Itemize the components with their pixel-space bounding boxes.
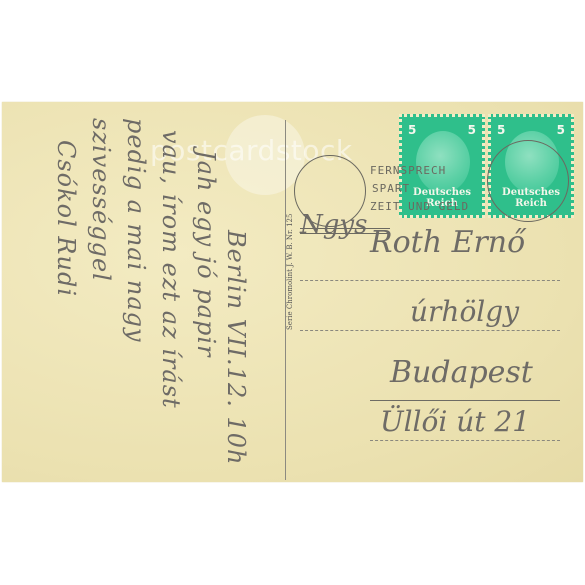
address-line [300,330,560,331]
message-line-1: Jah egy jó papir [192,150,220,357]
address-underline [370,400,560,401]
address-street: Üllői út 21 [380,405,530,438]
message-line-2: vau, írom ezt az írást [157,130,185,409]
portrait-icon [416,131,470,193]
message-line-4: szivességgel [87,118,115,282]
postmark-slogan-2: SPART [372,182,410,195]
postmark-circle [487,140,569,222]
stamp-value: 5 [557,123,565,137]
stamp-value: 5 [497,123,505,137]
postmark-slogan-3: ZEIT UND GELD [370,200,469,213]
postmark-slogan-1: FERNSPRECH [370,164,446,177]
stamp-value: 5 [468,123,476,137]
address-city: Budapest [390,355,533,390]
address-line [300,280,560,281]
address-line [370,440,560,441]
message-place-date: Berlin VII.12. 10h [222,230,250,465]
message-line-3: pedig a mai nagy [122,118,150,343]
stamp-value: 5 [408,123,416,137]
address-line-2: úrhölgy [410,295,519,328]
address-salutation: Ngys [300,210,367,240]
series-imprint: Serie Chromolint J. W. B. Nr. 125 [286,214,294,330]
message-line-5: Csókol Rudi [52,140,80,297]
address-name: Roth Ernő [370,225,525,260]
